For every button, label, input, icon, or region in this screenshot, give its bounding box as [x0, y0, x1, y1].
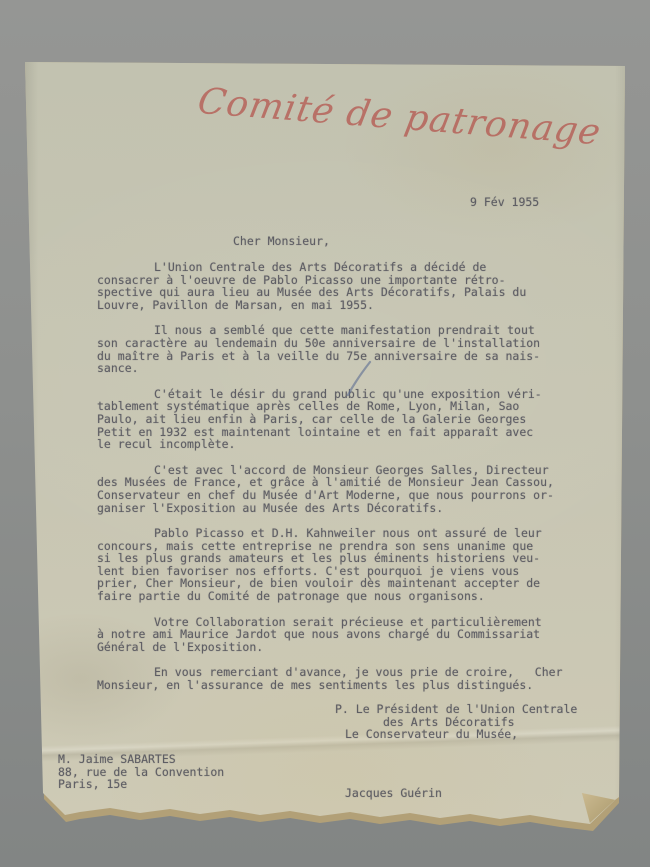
recipient-address: M. Jaime SABARTES88, rue de la Conventio…: [58, 753, 224, 791]
signature-name: Jacques Guérin: [345, 786, 442, 800]
handwritten-annotation: Comité de patronage: [194, 81, 604, 153]
paragraph: En vous remerciant d'avance, je vous pri…: [97, 666, 571, 691]
paragraph: C'était le désir du grand public qu'une …: [97, 388, 571, 451]
paragraph: L'Union Centrale des Arts Décoratifs a d…: [97, 261, 571, 311]
paragraph: Votre Collaboration serait précieuse et …: [97, 616, 571, 654]
paragraph: Il nous a semblé que cette manifestation…: [97, 324, 571, 374]
paragraph: Pablo Picasso et D.H. Kahnweiler nous on…: [97, 527, 571, 603]
letter-content: Comité de patronage 9 Fév 1955 Cher Mons…: [20, 55, 630, 835]
letter-date: 9 Fév 1955: [470, 195, 539, 209]
photo-background: Comité de patronage 9 Fév 1955 Cher Mons…: [0, 0, 650, 867]
letter-body: L'Union Centrale des Arts Décoratifs a d…: [97, 261, 571, 705]
pencil-stroke: [348, 362, 370, 395]
signer-title-block: P. Le Président de l'Union Centraledes A…: [335, 703, 577, 741]
blue-pencil-mark: [344, 358, 374, 398]
letter-paper: Comité de patronage 9 Fév 1955 Cher Mons…: [20, 55, 630, 835]
salutation: Cher Monsieur,: [233, 234, 330, 248]
paragraph: C'est avec l'accord de Monsieur Georges …: [97, 464, 571, 514]
